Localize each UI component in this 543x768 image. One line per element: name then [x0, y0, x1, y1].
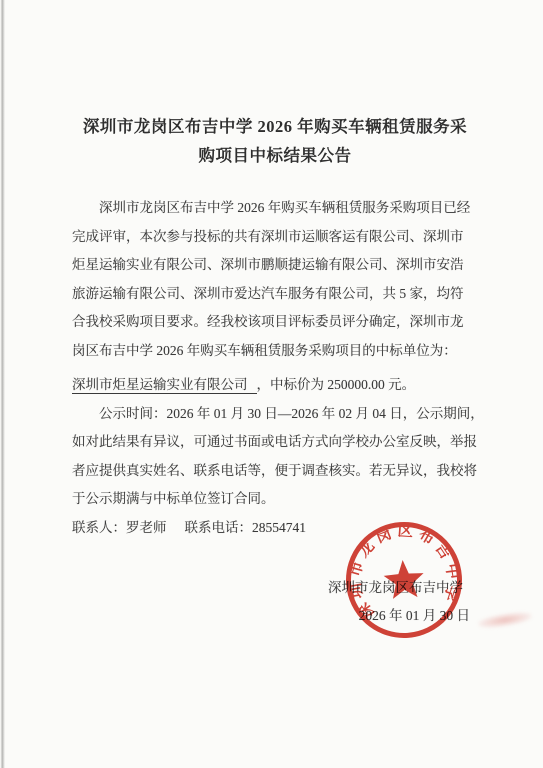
- body-line: 炬星运输实业有限公司、深圳市鹏顺捷运输有限公司、深圳市安浩: [72, 251, 478, 280]
- scanned-document-page: 深圳市龙岗区布吉中学 2026 年购买车辆租赁服务采 购项目中标结果公告 深圳市…: [0, 0, 543, 768]
- body-line: 者应提供真实姓名、联系电话等，便于调查核实。若无异议，我校将: [72, 457, 478, 486]
- title-line-1: 深圳市龙岗区布吉中学 2026 年购买车辆租赁服务采: [72, 112, 478, 141]
- seal-star-icon: [383, 559, 426, 600]
- body-line: 合我校采购项目要求。经我校该项目评标委员评分确定，深圳市龙: [72, 308, 478, 337]
- document-content: 深圳市龙岗区布吉中学 2026 年购买车辆租赁服务采 购项目中标结果公告 深圳市…: [72, 0, 478, 542]
- body-line: 完成评审，本次参与投标的共有深圳市运顺客运有限公司、深圳市: [72, 223, 478, 252]
- body-line: 公示时间：2026 年 01 月 30 日—2026 年 02 月 04 日，公…: [72, 400, 478, 429]
- body-line: 旅游运输有限公司、深圳市爱达汽车服务有限公司，共 5 家，均符: [72, 280, 478, 309]
- body-line: 深圳市龙岗区布吉中学 2026 年购买车辆租赁服务采购项目已经: [72, 194, 478, 223]
- official-seal: 深圳市龙岗区布吉中学: [338, 514, 470, 646]
- body-line: 于公示期满与中标单位签订合同。: [72, 485, 478, 514]
- body-line: 岗区布吉中学 2026 年购买车辆租赁服务采购项目的中标单位为：: [72, 337, 478, 366]
- scanner-edge-artifact: [0, 0, 5, 768]
- body-line: 如对此结果有异议，可通过书面或电话方式向学校办公室反映，举报: [72, 428, 478, 457]
- winner-price-text: ，中标价为 250000.00 元。: [257, 377, 416, 392]
- winner-line: 深圳市炬星运输实业有限公司，中标价为 250000.00 元。: [72, 371, 478, 400]
- contact-phone: 联系电话：28554741: [185, 520, 307, 535]
- document-title: 深圳市龙岗区布吉中学 2026 年购买车辆租赁服务采 购项目中标结果公告: [72, 112, 478, 170]
- title-line-2: 购项目中标结果公告: [72, 141, 478, 170]
- contact-person: 联系人：罗老师: [72, 520, 167, 535]
- document-body: 深圳市龙岗区布吉中学 2026 年购买车辆租赁服务采购项目已经 完成评审，本次参…: [72, 194, 478, 542]
- winner-company-name: 深圳市炬星运输实业有限公司: [72, 377, 257, 394]
- seal-ink-smudge: [477, 610, 532, 630]
